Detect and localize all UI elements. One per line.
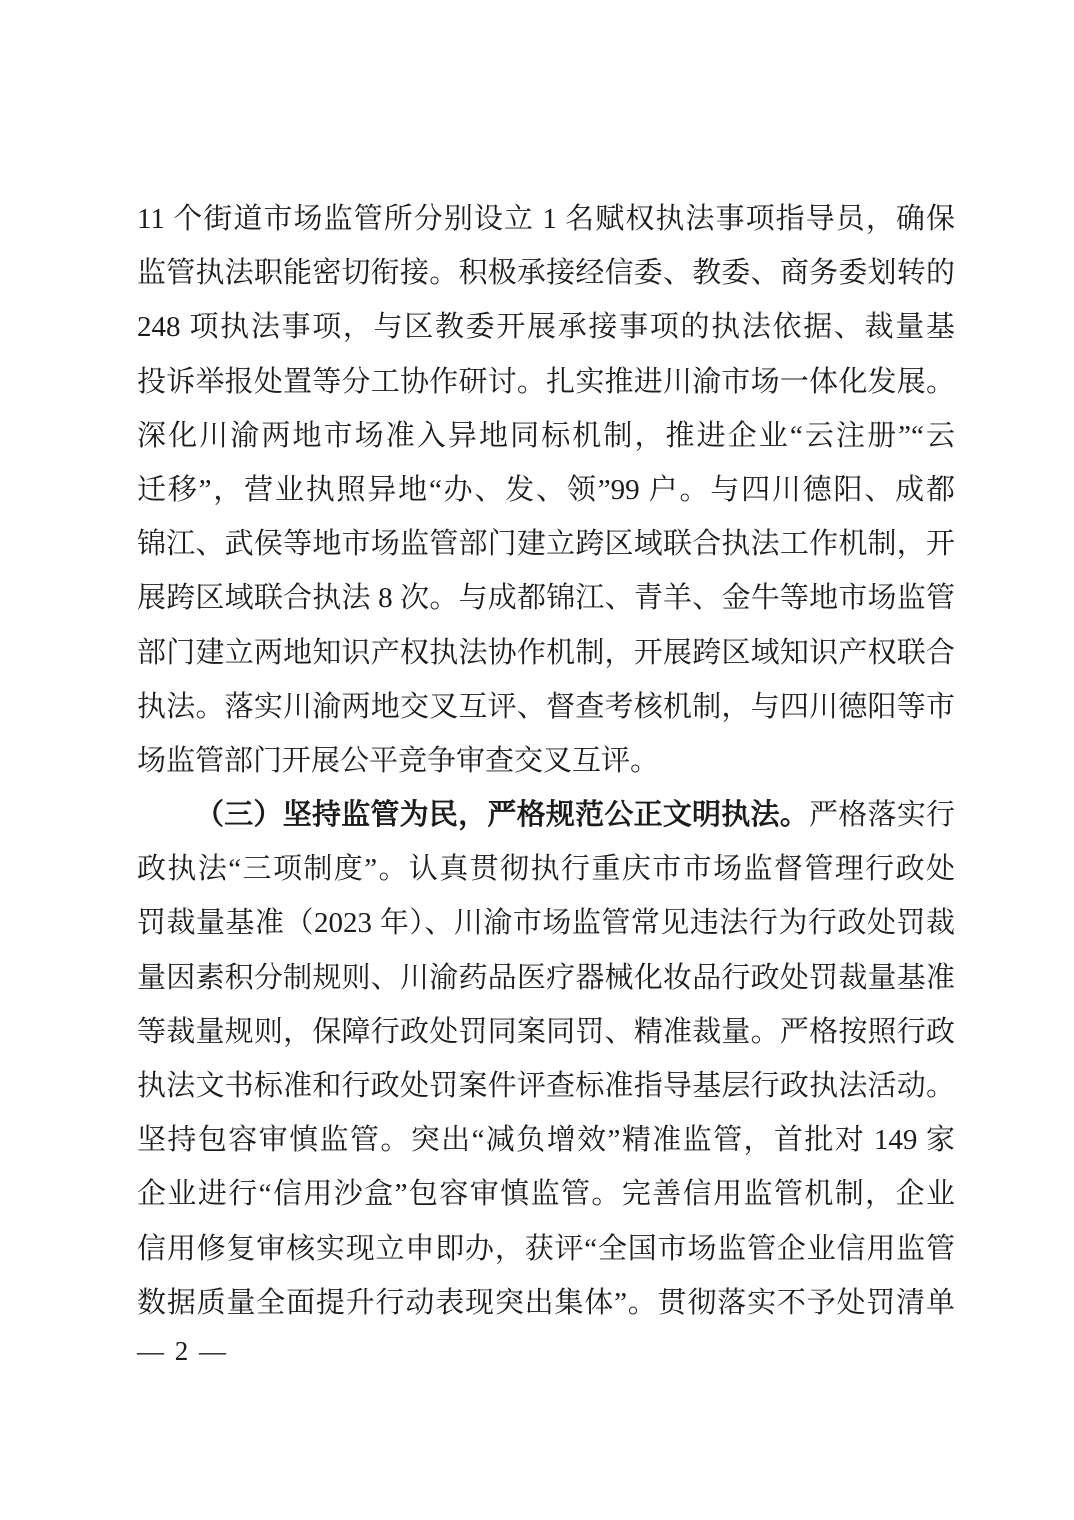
text-line: 部门建立两地知识产权执法协作机制，开展跨区域知识产权联合 bbox=[137, 626, 955, 680]
text-line: 信用修复审核实现立申即办，获评“全国市场监管企业信用监管 bbox=[137, 1222, 955, 1276]
body-text-run: 执法。落实川渝两地交叉互评、督查考核机制，与四川德阳等市 bbox=[137, 691, 955, 723]
text-line: 企业进行“信用沙盒”包容审慎监管。完善信用监管机制，企业 bbox=[137, 1167, 955, 1221]
body-text-run: 展跨区域联合执法 8 次。与成都锦江、青羊、金牛等地市场监管 bbox=[137, 582, 955, 614]
text-line: 执法。落实川渝两地交叉互评、督查考核机制，与四川德阳等市 bbox=[137, 680, 955, 734]
body-text-run: 企业进行“信用沙盒”包容审慎监管。完善信用监管机制，企业 bbox=[137, 1178, 955, 1210]
text-line: （三）坚持监管为民，严格规范公正文明执法。严格落实行 bbox=[137, 788, 955, 842]
body-text-run: 坚持包容审慎监管。突出“减负增效”精准监管，首批对 149 家 bbox=[137, 1124, 955, 1156]
body-text-run: 政执法“三项制度”。认真贯彻执行重庆市市场监督管理行政处 bbox=[137, 853, 955, 885]
section-heading-text: （三）坚持监管为民，严格规范公正文明执法。 bbox=[195, 799, 809, 831]
body-text-run: 监管执法职能密切衔接。积极承接经信委、教委、商务委划转的 bbox=[137, 257, 955, 289]
body-text-run: 部门建立两地知识产权执法协作机制，开展跨区域知识产权联合 bbox=[137, 637, 955, 669]
text-line: 锦江、武侯等地市场监管部门建立跨区域联合执法工作机制，开 bbox=[137, 517, 955, 571]
text-line: 展跨区域联合执法 8 次。与成都锦江、青羊、金牛等地市场监管 bbox=[137, 571, 955, 625]
body-text-run: 深化川渝两地市场准入异地同标机制，推进企业“云注册”“云 bbox=[137, 420, 955, 452]
body-text-run: 信用修复审核实现立申即办，获评“全国市场监管企业信用监管 bbox=[137, 1233, 955, 1265]
text-line: 坚持包容审慎监管。突出“减负增效”精准监管，首批对 149 家 bbox=[137, 1113, 955, 1167]
text-line: 等裁量规则，保障行政处罚同案同罚、精准裁量。严格按照行政 bbox=[137, 1005, 955, 1059]
body-text-run: 严格落实行 bbox=[809, 799, 955, 831]
body-text-run: 迁移”，营业执照异地“办、发、领”99 户。与四川德阳、成都 bbox=[137, 474, 955, 506]
text-line: 场监管部门开展公平竞争审查交叉互评。 bbox=[137, 734, 955, 788]
text-line: 迁移”，营业执照异地“办、发、领”99 户。与四川德阳、成都 bbox=[137, 463, 955, 517]
text-line: 数据质量全面提升行动表现突出集体”。贯彻落实不予处罚清单 bbox=[137, 1276, 955, 1330]
text-line: 量因素积分制规则、川渝药品医疗器械化妆品行政处罚裁量基准 bbox=[137, 951, 955, 1005]
text-line: 深化川渝两地市场准入异地同标机制，推进企业“云注册”“云 bbox=[137, 409, 955, 463]
body-text-run: 投诉举报处置等分工协作研讨。扎实推进川渝市场一体化发展。 bbox=[137, 366, 955, 398]
body-text-run: 罚裁量基准（2023 年）、川渝市场监管常见违法行为行政处罚裁 bbox=[137, 907, 955, 939]
text-line: 政执法“三项制度”。认真贯彻执行重庆市市场监督管理行政处 bbox=[137, 842, 955, 896]
text-line: 248 项执法事项，与区教委开展承接事项的执法依据、裁量基准、 bbox=[137, 300, 955, 354]
text-line: 11 个街道市场监管所分别设立 1 名赋权执法事项指导员，确保 bbox=[137, 192, 955, 246]
text-line: 投诉举报处置等分工协作研讨。扎实推进川渝市场一体化发展。 bbox=[137, 355, 955, 409]
document-body: 11 个街道市场监管所分别设立 1 名赋权执法事项指导员，确保监管执法职能密切衔… bbox=[137, 192, 955, 1330]
body-text-run: 248 项执法事项，与区教委开展承接事项的执法依据、裁量基准、 bbox=[137, 311, 955, 354]
page-number: — 2 — bbox=[137, 1336, 228, 1366]
text-line: 执法文书标准和行政处罚案件评查标准指导基层行政执法活动。 bbox=[137, 1059, 955, 1113]
body-text-run: 数据质量全面提升行动表现突出集体”。贯彻落实不予处罚清单 bbox=[137, 1287, 955, 1319]
body-text-run: 场监管部门开展公平竞争审查交叉互评。 bbox=[137, 745, 659, 777]
body-text-run: 执法文书标准和行政处罚案件评查标准指导基层行政执法活动。 bbox=[137, 1070, 955, 1102]
body-text-run: 锦江、武侯等地市场监管部门建立跨区域联合执法工作机制，开 bbox=[137, 528, 955, 560]
document-page: 11 个街道市场监管所分别设立 1 名赋权执法事项指导员，确保监管执法职能密切衔… bbox=[0, 0, 1074, 1520]
text-line: 罚裁量基准（2023 年）、川渝市场监管常见违法行为行政处罚裁 bbox=[137, 896, 955, 950]
text-line: 监管执法职能密切衔接。积极承接经信委、教委、商务委划转的 bbox=[137, 246, 955, 300]
body-text-run: 11 个街道市场监管所分别设立 1 名赋权执法事项指导员，确保 bbox=[137, 203, 955, 235]
body-text-run: 等裁量规则，保障行政处罚同案同罚、精准裁量。严格按照行政 bbox=[137, 1016, 955, 1048]
body-text-run: 量因素积分制规则、川渝药品医疗器械化妆品行政处罚裁量基准 bbox=[137, 962, 955, 994]
